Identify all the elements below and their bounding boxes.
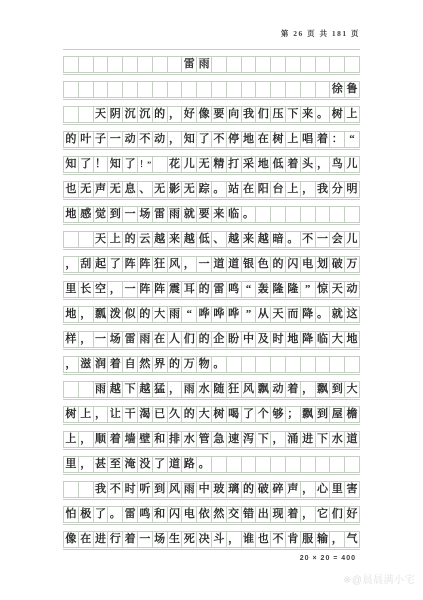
grid-cell: 而	[286, 307, 301, 322]
grid-row: ，刮起了阵阵狂风，一道道银色的闪电划破万	[63, 250, 360, 275]
grid-cell: 时	[123, 482, 138, 497]
grid-cell	[168, 82, 183, 97]
grid-cell: 起	[94, 257, 109, 272]
grid-cell: 一	[108, 132, 123, 147]
grid-cell: 似	[123, 307, 138, 322]
grid-cell: ，	[79, 332, 94, 347]
grid-cell: 狂	[227, 382, 242, 397]
grid-cell: 心	[316, 482, 331, 497]
grid-cell: 越	[108, 382, 123, 397]
grid-row-cells: ，滋润着自然界的万物。	[63, 356, 360, 373]
grid-cell: 无	[108, 182, 123, 197]
grid-cell: 划	[316, 257, 331, 272]
grid-cell: 着	[123, 532, 138, 547]
grid-cell: 了	[108, 257, 123, 272]
grid-cell: 水	[197, 382, 212, 397]
grid-row-cells: 雷雨	[63, 56, 360, 73]
grid-cell	[256, 207, 271, 222]
grid-cell: 自	[123, 357, 138, 372]
grid-cell: 的	[168, 357, 183, 372]
grid-cell	[286, 207, 301, 222]
grid-cell: 中	[197, 482, 212, 497]
grid-cell: 管	[197, 432, 212, 447]
grid-cell: 了	[153, 457, 168, 472]
grid-cell: 到	[153, 482, 168, 497]
grid-cell: ，	[64, 257, 79, 272]
grid-cell: 不	[271, 532, 286, 547]
grid-cell: ，	[227, 532, 242, 547]
grid-cell: 生	[168, 532, 183, 547]
grid-cell	[94, 57, 109, 72]
grid-cell: 一	[123, 207, 138, 222]
grid-cell: 然	[138, 357, 153, 372]
grid-cell: 。	[286, 232, 301, 247]
grid-cell: 一	[197, 257, 212, 272]
grid-cell: 到	[108, 207, 123, 222]
grid-cell: 滋	[79, 357, 94, 372]
grid-cell: 的	[197, 282, 212, 297]
grid-cell: 大	[197, 407, 212, 422]
grid-cell: 在	[153, 332, 168, 347]
grid-cell: 的	[242, 482, 257, 497]
grid-cell: 阵	[153, 282, 168, 297]
grid-row: 里长空，一阵阵震耳的雷鸣“轰隆隆”惊天动	[63, 275, 360, 300]
grid-cell: 顺	[94, 432, 109, 447]
grid-cell: ，	[168, 107, 183, 122]
grid-cell: 里	[330, 482, 345, 497]
grid-cell: 影	[168, 182, 183, 197]
grid-cell: 玻	[212, 482, 227, 497]
grid-count-label: 20 × 20 = 400	[300, 555, 356, 562]
grid-cell: 耳	[182, 282, 197, 297]
grid-cell	[256, 57, 271, 72]
grid-cell	[153, 57, 168, 72]
grid-cell: 停	[227, 132, 242, 147]
grid-cell: 雨	[94, 382, 109, 397]
grid-cell: 和	[153, 432, 168, 447]
grid-cell: 会	[330, 232, 345, 247]
grid-cell: 们	[256, 107, 271, 122]
grid-row-cells: 知了！知了！”花儿无精打采地低着头，鸟儿	[63, 156, 360, 173]
grid-cell	[301, 357, 316, 372]
grid-cell: ：	[330, 132, 345, 147]
grid-cell	[242, 82, 257, 97]
grid-cell: 们	[182, 332, 197, 347]
grid-cell: 地	[64, 207, 79, 222]
grid-cell: 随	[212, 382, 227, 397]
grid-cell: 越	[227, 232, 242, 247]
grid-cell	[64, 232, 79, 247]
grid-cell: 决	[197, 532, 212, 547]
grid-cell: 够	[271, 407, 286, 422]
grid-cell: 银	[242, 257, 257, 272]
grid-cell: 风	[242, 382, 257, 397]
grid-cell: 一	[316, 232, 331, 247]
grid-cell: 它	[316, 507, 331, 522]
grid-cell	[286, 57, 301, 72]
grid-cell: ，	[182, 257, 197, 272]
grid-cell: 雨	[197, 57, 212, 72]
grid-cell: 了	[242, 407, 257, 422]
grid-cell: 不	[108, 482, 123, 497]
grid-cell	[301, 57, 316, 72]
grid-cell: 进	[94, 532, 109, 547]
grid-cell: 动	[153, 132, 168, 147]
grid-cell: 不	[212, 132, 227, 147]
grid-cell: 无	[197, 157, 212, 172]
grid-cell: 盼	[227, 332, 242, 347]
grid-cell: 急	[212, 432, 227, 447]
grid-cell: ，	[301, 482, 316, 497]
grid-cell: 了	[197, 132, 212, 147]
grid-cell: ，	[301, 382, 316, 397]
grid-cell: 进	[301, 432, 316, 447]
composition-grid: 雷雨徐鲁天阴沉沉的，好像要向我们压下来。树上的叶子一动不动，知了不停地在树上唱着…	[63, 49, 360, 550]
grid-cell: 泻	[242, 432, 257, 447]
grid-cell: 哗	[212, 307, 227, 322]
grid-cell: 场	[153, 532, 168, 547]
grid-cell: 一	[123, 282, 138, 297]
grid-cell: 雷	[182, 57, 197, 72]
grid-cell: 喝	[227, 407, 242, 422]
grid-row: 天上的云越来越低、越来越暗。不一会儿	[63, 225, 360, 250]
grid-cell: 企	[212, 332, 227, 347]
grid-cell: 狂	[153, 257, 168, 272]
grid-cell: 低	[197, 232, 212, 247]
grid-cell: ，	[271, 432, 286, 447]
grid-cell	[256, 457, 271, 472]
grid-cell	[271, 207, 286, 222]
grid-cell: 下	[286, 107, 301, 122]
grid-row: 样，一场雷雨在人们的企盼中及时地降临大地	[63, 325, 360, 350]
grid-cell: 着	[286, 507, 301, 522]
grid-cell: 涌	[286, 432, 301, 447]
grid-cell: 猛	[153, 382, 168, 397]
grid-cell: 璃	[227, 482, 242, 497]
grid-cell: 速	[227, 432, 242, 447]
grid-row: 知了！知了！”花儿无精打采地低着头，鸟儿	[63, 150, 360, 175]
grid-cell	[242, 457, 257, 472]
grid-cell	[271, 457, 286, 472]
grid-row-cells: 徐鲁	[63, 81, 360, 98]
grid-cell	[330, 457, 345, 472]
grid-cell	[345, 207, 360, 222]
grid-cell: 徐	[330, 82, 345, 97]
grid-cell: 雨	[138, 332, 153, 347]
grid-cell	[153, 157, 168, 172]
grid-row-cells: 样，一场雷雨在人们的企盼中及时地降临大地	[63, 331, 360, 348]
grid-cell	[345, 357, 360, 372]
grid-cell: 依	[197, 507, 212, 522]
page-number-indicator: 第 26 页 共 181 页	[281, 28, 360, 39]
grid-cell: 不	[301, 232, 316, 247]
grid-cell: 色	[256, 257, 271, 272]
grid-cell: 交	[227, 507, 242, 522]
grid-cell: 墙	[123, 432, 138, 447]
grid-cell: ；	[286, 407, 301, 422]
grid-cell	[64, 107, 79, 122]
grid-cell: 场	[108, 332, 123, 347]
grid-cell	[123, 82, 138, 97]
grid-row-cells: 里，甚至淹没了道路。	[63, 456, 360, 473]
grid-cell: 的	[138, 307, 153, 322]
grid-cell	[64, 82, 79, 97]
grid-cell: 。	[316, 107, 331, 122]
grid-cell: 这	[345, 307, 360, 322]
grid-cell: 物	[197, 357, 212, 372]
grid-cell: 打	[227, 157, 242, 172]
grid-cell: 声	[94, 182, 109, 197]
grid-cell: 怕	[64, 507, 79, 522]
grid-row-cells: 地感觉到一场雷雨就要来临。	[63, 206, 360, 223]
grid-cell: 雷	[123, 332, 138, 347]
grid-cell: 雨	[168, 307, 183, 322]
grid-cell: 息	[123, 182, 138, 197]
grid-cell: 阵	[138, 282, 153, 297]
grid-cell: 低	[271, 157, 286, 172]
grid-cell: 地	[286, 332, 301, 347]
grid-cell: 从	[256, 307, 271, 322]
grid-cell: ，	[79, 432, 94, 447]
grid-cell: 天	[330, 282, 345, 297]
grid-cell: 沉	[138, 107, 153, 122]
grid-cell: 场	[138, 207, 153, 222]
grid-row: 我不时听到风雨中玻璃的破碎声，心里害	[63, 475, 360, 500]
grid-cell: 天	[94, 232, 109, 247]
grid-cell: 听	[138, 482, 153, 497]
grid-cell: 树	[212, 407, 227, 422]
grid-cell	[301, 207, 316, 222]
grid-cell: 越	[256, 232, 271, 247]
grid-cell: 。	[212, 182, 227, 197]
grid-row: 上，顺着墙壁和排水管急速泻下，涌进下水道	[63, 425, 360, 450]
grid-row-cells: 地，瓢泼似的大雨“哗哗哗”从天而降。就这	[63, 306, 360, 323]
grid-cell: 久	[168, 407, 183, 422]
grid-cell: 地	[345, 332, 360, 347]
grid-cell	[271, 82, 286, 97]
grid-cell: 越	[153, 232, 168, 247]
grid-cell: 隆	[286, 282, 301, 297]
grid-cell	[330, 357, 345, 372]
grid-cell: 鲁	[345, 82, 360, 97]
grid-cell: “	[345, 132, 360, 147]
grid-cell: 天	[94, 107, 109, 122]
grid-row-cells: 的叶子一动不动，知了不停地在树上唱着：“	[63, 131, 360, 148]
grid-cell: 了	[79, 157, 94, 172]
watermark: ※@晨晨满小宅	[343, 571, 415, 586]
grid-cell: 大	[345, 382, 360, 397]
grid-cell: ！”	[138, 157, 153, 172]
grid-cell: 像	[64, 532, 79, 547]
grid-cell: 水	[182, 432, 197, 447]
grid-cell: ，	[168, 382, 183, 397]
grid-row: 地，瓢泼似的大雨“哗哗哗”从天而降。就这	[63, 300, 360, 325]
grid-cell: 要	[197, 207, 212, 222]
grid-row: 天阴沉沉的，好像要向我们压下来。树上	[63, 100, 360, 125]
grid-cell: 、	[138, 182, 153, 197]
grid-cell: 着	[108, 357, 123, 372]
grid-cell	[64, 482, 79, 497]
grid-cell: 来	[168, 232, 183, 247]
grid-cell: 屋	[330, 407, 345, 422]
grid-cell: 我	[242, 107, 257, 122]
grid-cell: 气	[345, 532, 360, 547]
grid-cell: 降	[301, 307, 316, 322]
grid-cell: 也	[64, 182, 79, 197]
grid-cell: 、	[212, 232, 227, 247]
grid-cell	[256, 82, 271, 97]
grid-cell: 雨	[182, 482, 197, 497]
grid-cell: 感	[79, 207, 94, 222]
grid-cell: 着	[108, 432, 123, 447]
grid-cell: 了	[94, 507, 109, 522]
grid-cell: 子	[94, 132, 109, 147]
grid-cell: 我	[94, 482, 109, 497]
grid-cell: 出	[256, 507, 271, 522]
grid-cell: 知	[182, 132, 197, 147]
grid-cell: 在	[242, 182, 257, 197]
grid-cell: 道	[168, 457, 183, 472]
grid-cell: 地	[64, 307, 79, 322]
grid-cell	[153, 82, 168, 97]
grid-row: 也无声无息、无影无踪。站在阳台上，我分明	[63, 175, 360, 200]
grid-row-cells: 也无声无息、无影无踪。站在阳台上，我分明	[63, 181, 360, 198]
grid-cell: 下	[316, 432, 331, 447]
grid-cell: 震	[168, 282, 183, 297]
grid-row: 的叶子一动不动，知了不停地在树上唱着：“	[63, 125, 360, 150]
grid-cell: 害	[345, 482, 360, 497]
grid-cell: 越	[182, 232, 197, 247]
grid-cell: 天	[271, 307, 286, 322]
grid-cell: 没	[138, 457, 153, 472]
grid-cell	[64, 382, 79, 397]
grid-cell: 沉	[123, 107, 138, 122]
grid-cell	[94, 82, 109, 97]
grid-cell: 瓢	[94, 307, 109, 322]
grid-cell	[301, 457, 316, 472]
grid-cell: 万	[345, 257, 360, 272]
grid-cell: 下	[256, 432, 271, 447]
grid-cell: 分	[330, 182, 345, 197]
grid-cell	[345, 457, 360, 472]
grid-cell: 花	[168, 157, 183, 172]
grid-cell: 们	[330, 507, 345, 522]
grid-cell: 空	[94, 282, 109, 297]
grid-row-cells: 天上的云越来越低、越来越暗。不一会儿	[63, 231, 360, 248]
grid-cell: 就	[182, 207, 197, 222]
grid-cell	[79, 232, 94, 247]
grid-cell: 壁	[138, 432, 153, 447]
grid-cell: 隆	[271, 282, 286, 297]
grid-cell: 的	[153, 107, 168, 122]
grid-cell	[108, 82, 123, 97]
grid-cell: 台	[271, 182, 286, 197]
grid-cell	[197, 82, 212, 97]
grid-cell: 甚	[94, 457, 109, 472]
grid-cell: 采	[242, 157, 257, 172]
grid-cell: 让	[108, 407, 123, 422]
grid-cell: 动	[271, 382, 286, 397]
grid-cell: 中	[242, 332, 257, 347]
grid-cell	[271, 57, 286, 72]
grid-cell: 树	[64, 407, 79, 422]
grid-cell: 破	[256, 482, 271, 497]
grid-cell	[64, 57, 79, 72]
grid-cell: 的	[123, 232, 138, 247]
grid-cell: 斗	[212, 532, 227, 547]
grid-row: 徐鲁	[63, 75, 360, 100]
grid-cell: 着	[286, 157, 301, 172]
grid-cell: 一	[94, 332, 109, 347]
grid-cell	[79, 382, 94, 397]
grid-row-cells: 我不时听到风雨中玻璃的破碎声，心里害	[63, 481, 360, 498]
grid-row: ，滋润着自然界的万物。	[63, 350, 360, 375]
grid-cell	[227, 82, 242, 97]
grid-cell: 哗	[227, 307, 242, 322]
grid-cell	[330, 57, 345, 72]
grid-cell: 鸟	[330, 157, 345, 172]
grid-cell: 儿	[182, 157, 197, 172]
grid-cell: 着	[286, 382, 301, 397]
grid-cell: 长	[79, 282, 94, 297]
grid-cell: 无	[79, 182, 94, 197]
grid-row-cells: 雨越下越猛，雨水随狂风飘动着，飘到大	[63, 381, 360, 398]
grid-cell: 鸣	[227, 282, 242, 297]
grid-cell: “	[182, 307, 197, 322]
grid-cell	[79, 482, 94, 497]
grid-cell	[182, 82, 197, 97]
grid-cell: 输	[316, 532, 331, 547]
grid-cell	[345, 57, 360, 72]
grid-cell: 泼	[108, 307, 123, 322]
grid-cell: 现	[271, 507, 286, 522]
grid-cell	[212, 57, 227, 72]
grid-cell: 上	[286, 182, 301, 197]
grid-cell: ”	[301, 282, 316, 297]
grid-cell: 和	[153, 507, 168, 522]
grid-cell: 明	[345, 182, 360, 197]
grid-cell	[316, 57, 331, 72]
grid-cell: 来	[242, 232, 257, 247]
grid-cell: 云	[138, 232, 153, 247]
grid-cell: 至	[108, 457, 123, 472]
grid-cell: 也	[256, 532, 271, 547]
grid-cell: ，	[79, 307, 94, 322]
grid-cell: 死	[182, 532, 197, 547]
grid-cell: 大	[153, 307, 168, 322]
grid-row-cells: 天阴沉沉的，好像要向我们压下来。树上	[63, 106, 360, 123]
grid-cell: 已	[153, 407, 168, 422]
grid-cell	[286, 82, 301, 97]
grid-cell: 里	[64, 457, 79, 472]
grid-cell: 的	[271, 257, 286, 272]
grid-cell: 动	[345, 282, 360, 297]
grid-cell: 破	[330, 257, 345, 272]
grid-cell: 人	[168, 332, 183, 347]
grid-row: 里，甚至淹没了道路。	[63, 450, 360, 475]
grid-cell: ，	[330, 532, 345, 547]
grid-cell: 降	[301, 332, 316, 347]
grid-cell: 声	[286, 482, 301, 497]
grid-cell: 雷	[153, 207, 168, 222]
grid-cell: 里	[64, 282, 79, 297]
grid-cell	[138, 82, 153, 97]
grid-cell: 就	[330, 307, 345, 322]
grid-cell: 渴	[138, 407, 153, 422]
grid-cell: 觉	[94, 207, 109, 222]
grid-cell: 。	[316, 307, 331, 322]
grid-cell: 着	[316, 132, 331, 147]
